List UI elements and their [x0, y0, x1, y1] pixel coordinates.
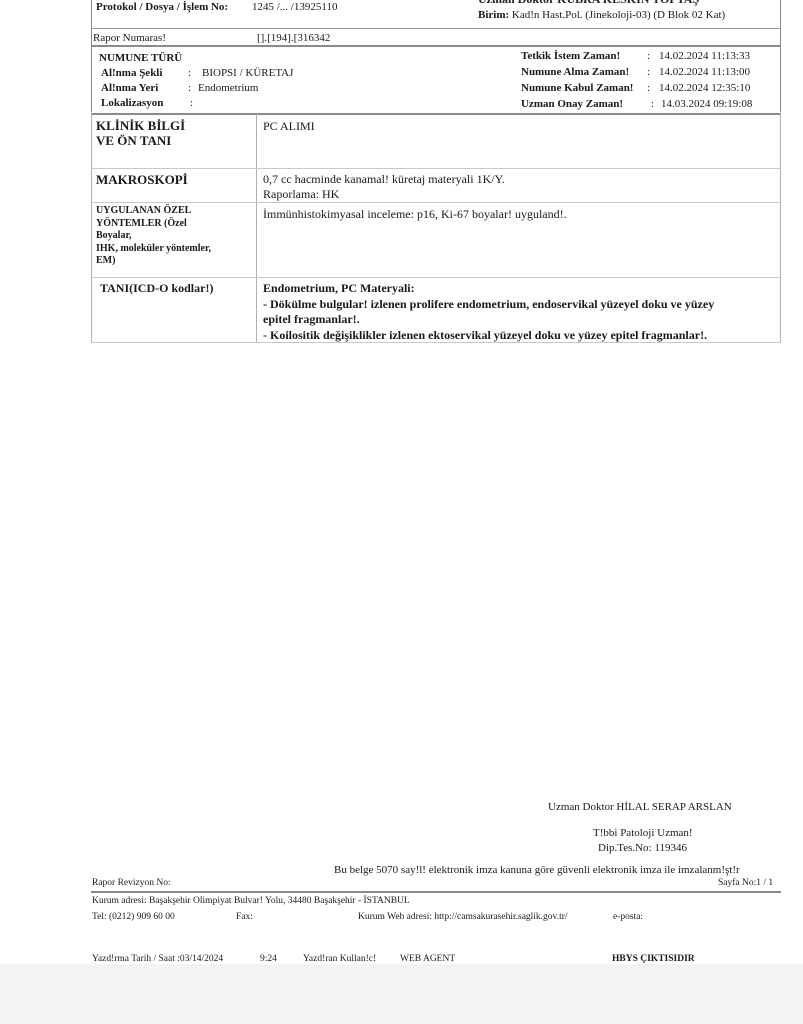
revision-number-label: Rapor Revizyon No: [92, 878, 171, 888]
institution-email: e-posta: [613, 912, 643, 922]
institution-address: Kurum adresi: Başakşehir Olimpiyat Bulva… [92, 896, 410, 906]
frame-right-border [780, 0, 781, 112]
table-column-divider [256, 114, 257, 343]
page-bottom-background [0, 964, 803, 1024]
clinical-info-content: PC ALIMI [263, 119, 315, 134]
table-right-border [780, 114, 781, 343]
time-approval: Uzman Onay Zaman!:14.03.2024 09:19:08 [521, 98, 752, 110]
time-request: Tetkik İstem Zaman!:14.02.2024 11:13:33 [521, 50, 750, 62]
unit-line: Birim: Kad!n Hast.Pol. (Jinekoloji-03) (… [478, 9, 725, 21]
esign-note: Bu belge 5070 say!l! elektronik imza kan… [334, 864, 740, 876]
institution-phone: Tel: (0212) 909 60 00 [92, 912, 175, 922]
time-collection: Numune Alma Zaman!:14.02.2024 11:13:00 [521, 66, 750, 78]
page-number: Sayfa No:1 / 1 [718, 878, 773, 888]
special-methods-label: UYGULANAN ÖZEL YÖNTEMLER (Özel Boyalar, … [96, 205, 211, 268]
sample-field-site: Al!nma Yeri:Endometrium [101, 82, 259, 94]
print-time: 9:24 [260, 954, 277, 964]
unit-value: Kad!n Hast.Pol. (Jinekoloji-03) (D Blok … [512, 9, 725, 21]
special-methods-content: İmmünhistokimyasal inceleme: p16, Ki-67 … [263, 207, 567, 222]
print-date: Yazd!rma Tarih / Saat :03/14/2024 [92, 954, 223, 964]
diagnosis-content: Endometrium, PC Materyali: - Dökülme bul… [263, 281, 714, 343]
report-number-value: [].[194].[316342 [257, 32, 330, 44]
sample-field-method: Al!nma Şekli:BIOPSI / KÜRETAJ [101, 67, 293, 79]
responsible-doctor-clipped: Uzman Doktor KÜBRA KESKİN TOPTAŞ [478, 0, 699, 7]
macroscopy-label: MAKROSKOPİ [96, 172, 188, 188]
footer-divider [91, 891, 781, 893]
signing-doctor-diploma: Dip.Tes.No: 119346 [598, 842, 687, 854]
protocol-label: Protokol / Dosya / İşlem No: [96, 1, 228, 13]
macroscopy-content: 0,7 cc hacminde kanamal! küretaj materya… [263, 172, 505, 202]
row-divider [91, 202, 781, 203]
signing-doctor-title: T!bbi Patoloji Uzman! [593, 827, 693, 839]
clinical-info-label: KLİNİK BİLGİ VE ÖN TANI [96, 118, 185, 148]
report-number-label: Rapor Numaras! [93, 32, 166, 44]
divider [91, 113, 781, 115]
hbys-output-note: HBYS ÇIKTISIDIR [612, 954, 695, 964]
divider [91, 28, 781, 29]
protocol-value: 1245 /... /13925110 [252, 1, 337, 13]
print-user-label: Yazd!ran Kullan!c! [303, 954, 376, 964]
institution-fax: Fax: [236, 912, 253, 922]
print-user: WEB AGENT [400, 954, 455, 964]
sample-field-localization: Lokalizasyon: [101, 97, 193, 109]
sample-type-title: NUMUNE TÜRÜ [99, 52, 182, 64]
row-divider [91, 277, 781, 278]
frame-left-border [91, 0, 92, 112]
diagnosis-label: TANI(ICD-O kodlar!) [100, 281, 213, 296]
unit-label: Birim: [478, 9, 509, 21]
signing-doctor: Uzman Doktor HİLAL SERAP ARSLAN [548, 801, 732, 813]
row-divider [91, 168, 781, 169]
divider [91, 45, 781, 47]
time-acceptance: Numune Kabul Zaman!:14.02.2024 12:35:10 [521, 82, 750, 94]
table-left-border [91, 114, 92, 343]
institution-web: Kurum Web adresi: http://camsakurasehir.… [358, 912, 568, 922]
